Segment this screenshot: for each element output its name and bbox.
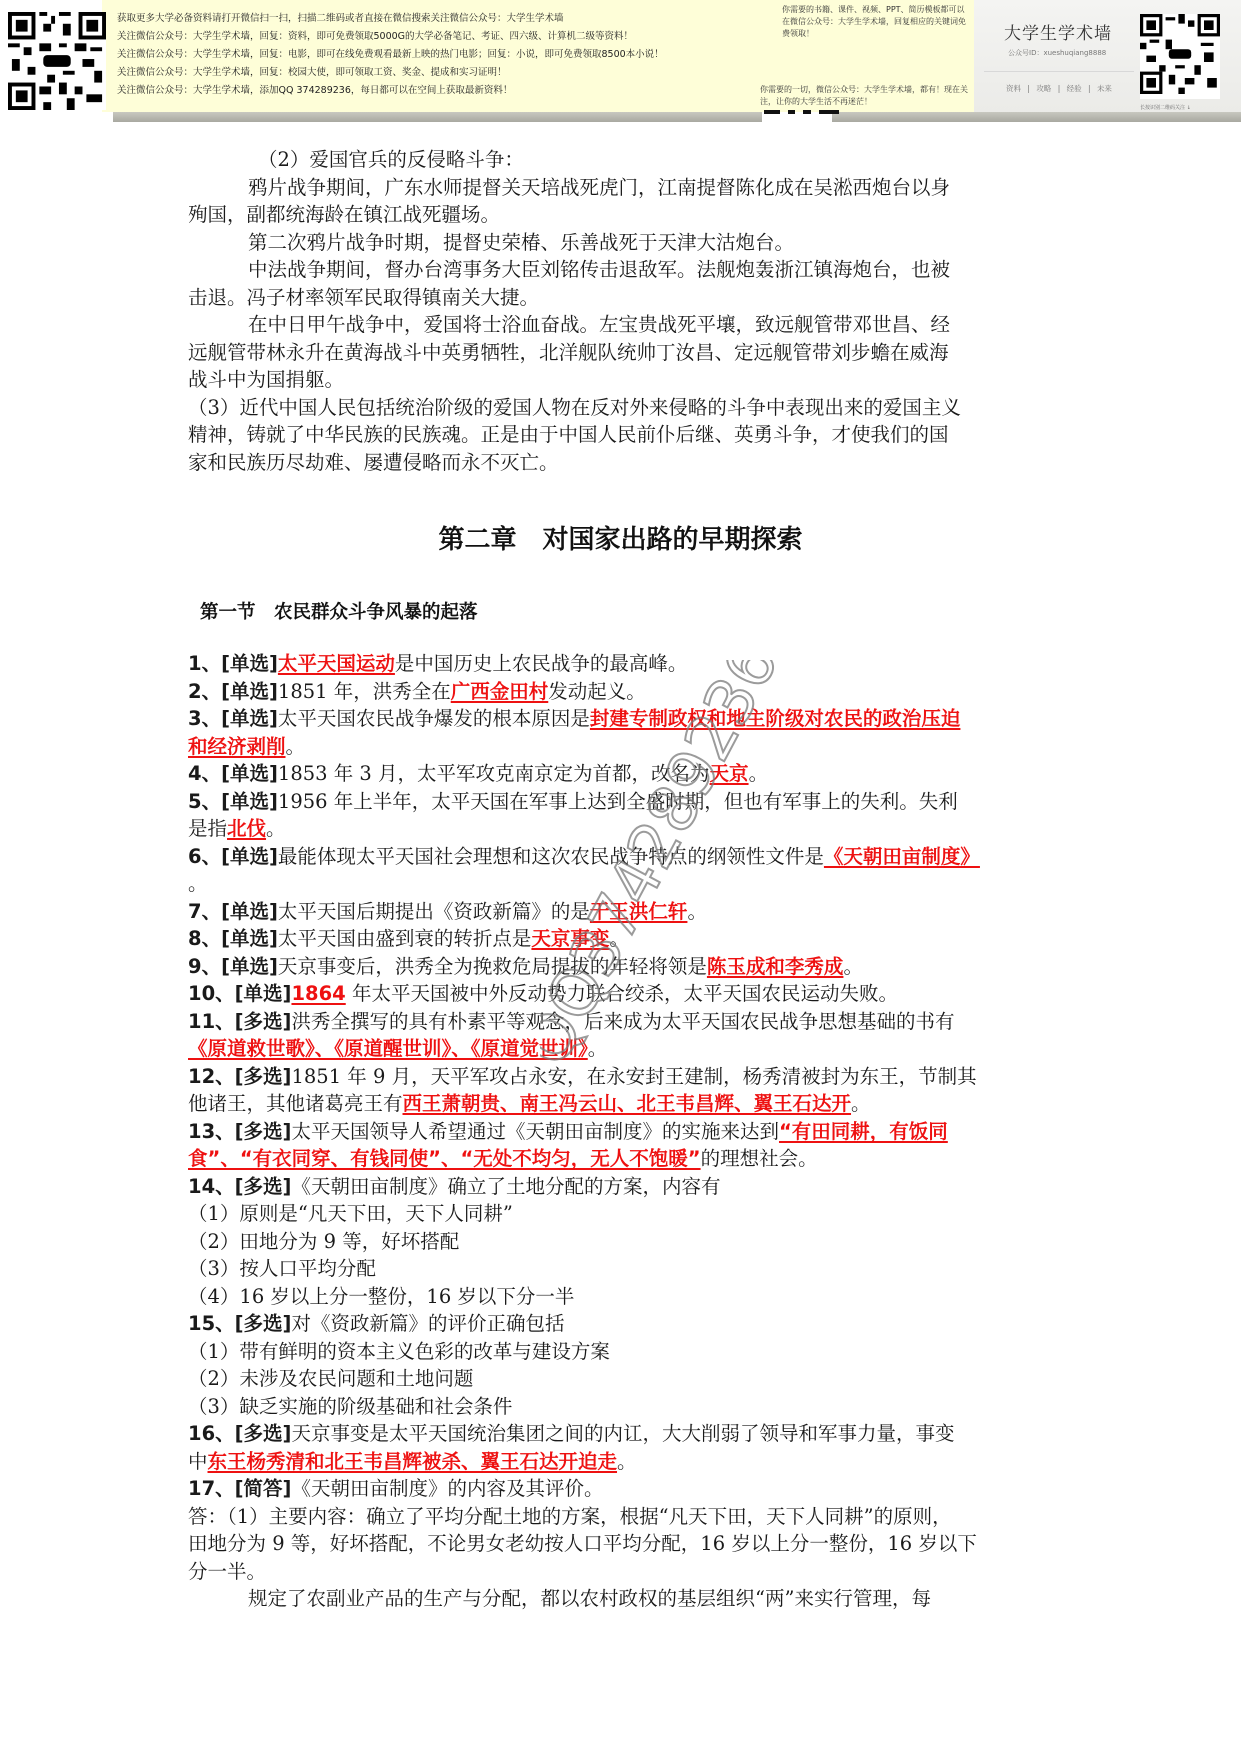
paragraph: 在中日甲午战争中，爱国将士浴血奋战。左宝贵战死平壤，致远舰管带邓世昌、经 bbox=[188, 311, 1068, 339]
question-text: 发动起义。 bbox=[548, 680, 646, 703]
question-continuation: 。 bbox=[188, 870, 1088, 898]
question-number: 16、 bbox=[188, 1422, 235, 1445]
qr-code-icon bbox=[1140, 14, 1220, 99]
question-item: 13、[多选]太平天国领导人希望通过《天朝田亩制度》的实施来达到“有田同耕，有饭… bbox=[188, 1118, 1088, 1146]
question-number: 4、 bbox=[188, 762, 221, 785]
banner-tab-marks bbox=[764, 110, 854, 115]
question-text: 。 bbox=[588, 1037, 608, 1060]
banner-bottom-bar bbox=[113, 112, 1241, 122]
question-type: [单选] bbox=[221, 927, 278, 950]
option-item: （1）原则是“凡天下田，天下人同耕” bbox=[188, 1200, 1088, 1228]
question-text: 最能体现太平天国社会理想和这次农民战争特点的纲领性文件是 bbox=[278, 845, 824, 868]
paragraph: 殉国，副都统海龄在镇江战死疆场。 bbox=[188, 201, 1068, 229]
question-text: 对《资政新篇》的评价正确包括 bbox=[291, 1312, 564, 1335]
question-text: 。 bbox=[687, 900, 707, 923]
answer-highlight: 《天朝田亩制度》 bbox=[824, 845, 980, 868]
question-item: 3、[单选]太平天国农民战争爆发的根本原因是封建专制政权和地主阶级对农民的政治压… bbox=[188, 705, 1088, 733]
answer-highlight: 天京 bbox=[710, 762, 749, 785]
question-continuation: 是指北伐。 bbox=[188, 815, 1088, 843]
banner-note-top: 你需要的书籍、课件、视频、PPT、简历模板都可以在微信公众号：大学生学术墙，回复… bbox=[782, 4, 972, 40]
option-item: （1）带有鲜明的资本主义色彩的改革与建设方案 bbox=[188, 1338, 1088, 1366]
option-item: （3）按人口平均分配 bbox=[188, 1255, 1088, 1283]
answer-highlight: 《原道救世歌》、《原道醒世训》、《原道觉世训》 bbox=[188, 1037, 588, 1060]
question-item: 17、[简答]《天朝田亩制度》的内容及其评价。 bbox=[188, 1475, 1088, 1503]
paragraph: 第二次鸦片战争时期，提督史荣椿、乐善战死于天津大沽炮台。 bbox=[188, 229, 1068, 257]
question-continuation: 食”、“有衣同穿、有钱同使”、“无处不均匀，无人不饱暖”的理想社会。 bbox=[188, 1145, 1088, 1173]
answer-highlight: 太平天国运动 bbox=[278, 652, 395, 675]
question-text: 。 bbox=[843, 955, 863, 978]
question-text: 。 bbox=[617, 1450, 637, 1473]
card-link-materials[interactable]: 资料 bbox=[1006, 84, 1021, 93]
answer-text: 规定了农副业产品的生产与分配，都以农村政权的基层组织“两”来实行管理，每 bbox=[188, 1585, 1088, 1613]
question-number: 8、 bbox=[188, 927, 221, 950]
question-text: 洪秀全撰写的具有朴素平等观念，后来成为太平天国农民战争思想基础的书有 bbox=[291, 1010, 954, 1033]
question-text: 太平天国后期提出《资政新篇》的是 bbox=[278, 900, 590, 923]
banner-line: 关注微信公众号：大学生学术墙，回复：电影，即可在线免费观看最新上映的热门电影；回… bbox=[117, 46, 757, 64]
question-type: [单选] bbox=[221, 900, 278, 923]
question-text: 。 bbox=[266, 817, 286, 840]
question-item: 5、[单选]1956 年上半年，太平天国在军事上达到全盛时期，但也有军事上的失利… bbox=[188, 788, 1088, 816]
separator: | bbox=[1058, 84, 1061, 93]
question-type: [单选] bbox=[221, 845, 278, 868]
banner-line: 关注微信公众号：大学生学术墙，回复：校园大使，即可领取工资、奖金、提成和实习证明… bbox=[117, 64, 757, 82]
question-text: 1851 年，洪秀全在 bbox=[278, 680, 451, 703]
question-type: [单选] bbox=[235, 982, 292, 1005]
question-item: 7、[单选]太平天国后期提出《资政新篇》的是干王洪仁轩。 bbox=[188, 898, 1088, 926]
question-number: 10、 bbox=[188, 982, 235, 1005]
question-item: 2、[单选]1851 年，洪秀全在广西金田村发动起义。 bbox=[188, 678, 1088, 706]
question-text: 太平天国由盛到衰的转折点是 bbox=[278, 927, 532, 950]
question-text: 《天朝田亩制度》确立了土地分配的方案，内容有 bbox=[291, 1175, 720, 1198]
question-continuation: 他诸王，其他诸葛亮王有西王萧朝贵、南王冯云山、北王韦昌辉、翼王石达开。 bbox=[188, 1090, 1088, 1118]
question-type: [多选] bbox=[235, 1312, 292, 1335]
paragraph: 远舰管带林永升在黄海战斗中英勇牺牲，北洋舰队统帅丁汝昌、定远舰管带刘步蟾在威海 bbox=[188, 339, 1068, 367]
option-item: （2）田地分为 9 等，好坏搭配 bbox=[188, 1228, 1088, 1256]
chapter-title: 第二章 对国家出路的早期探索 bbox=[0, 519, 1241, 556]
qr-caption: 长按识别二维码关注 ↓ bbox=[1140, 104, 1191, 111]
answer-highlight: 北伐 bbox=[227, 817, 266, 840]
separator: | bbox=[1027, 84, 1030, 93]
question-type: [多选] bbox=[235, 1010, 292, 1033]
question-text: 。 bbox=[851, 1092, 871, 1115]
answer-highlight: 西王萧朝贵、南王冯云山、北王韦昌辉、翼王石达开 bbox=[403, 1092, 852, 1115]
question-number: 2、 bbox=[188, 680, 221, 703]
paragraph: 鸦片战争期间，广东水师提督关天培战死虎门，江南提督陈化成在吴淞西炮台以身 bbox=[188, 174, 1068, 202]
question-type: [单选] bbox=[221, 707, 278, 730]
card-links: 资料 | 攻略 | 经验 | 未来 bbox=[1006, 83, 1116, 94]
question-text: 1956 年上半年，太平天国在军事上达到全盛时期，但也有军事上的失利。失利 bbox=[278, 790, 958, 813]
banner-line: 获取更多大学必备资料请打开微信扫一扫，扫描二维码或者直接在微信搜索关注微信公众号… bbox=[117, 10, 757, 28]
account-title: 大学生学术墙 bbox=[1004, 19, 1112, 44]
card-link-experience[interactable]: 经验 bbox=[1067, 84, 1082, 93]
intro-section: （2）爱国官兵的反侵略斗争： 鸦片战争期间，广东水师提督关天培战死虎门，江南提督… bbox=[188, 146, 1068, 476]
question-item: 11、[多选]洪秀全撰写的具有朴素平等观念，后来成为太平天国农民战争思想基础的书… bbox=[188, 1008, 1088, 1036]
paragraph: 击退。冯子材率领军民取得镇南关大捷。 bbox=[188, 284, 1068, 312]
question-type: [多选] bbox=[235, 1422, 292, 1445]
question-text: 太平天国农民战争爆发的根本原因是 bbox=[278, 707, 590, 730]
question-text: 1853 年 3 月，太平军攻克南京定为首都，改名为 bbox=[278, 762, 710, 785]
question-text: 天京事变是太平天国统治集团之间的内讧，大大削弱了领导和军事力量，事变 bbox=[291, 1422, 954, 1445]
question-text: 。 bbox=[188, 872, 208, 895]
question-continuation: 《原道救世歌》、《原道醒世训》、《原道觉世训》。 bbox=[188, 1035, 1088, 1063]
answer-text: 田地分为 9 等，好坏搭配，不论男女老幼按人口平均分配，16 岁以上分一整份，1… bbox=[188, 1530, 1088, 1558]
paragraph: （2）爱国官兵的反侵略斗争： bbox=[188, 146, 1068, 174]
question-text: 。 bbox=[286, 735, 306, 758]
question-number: 17、 bbox=[188, 1477, 235, 1500]
answer-highlight: 干王洪仁轩 bbox=[590, 900, 688, 923]
question-number: 12、 bbox=[188, 1065, 235, 1088]
paragraph: 精神，铸就了中华民族的民族魂。正是由于中国人民前仆后继、英勇斗争，才使我们的国 bbox=[188, 421, 1068, 449]
question-list: 1、[单选]太平天国运动是中国历史上农民战争的最高峰。 2、[单选]1851 年… bbox=[188, 650, 1088, 1613]
card-divider bbox=[984, 71, 1134, 72]
question-text: 他诸王，其他诸葛亮王有 bbox=[188, 1092, 403, 1115]
card-link-future[interactable]: 未来 bbox=[1097, 84, 1112, 93]
paragraph: 家和民族历尽劫难、屡遭侵略而永不灭亡。 bbox=[188, 449, 1068, 477]
answer-highlight: “有田同耕，有饭同 bbox=[779, 1120, 948, 1143]
option-item: （3）缺乏实施的阶级基础和社会条件 bbox=[188, 1393, 1088, 1421]
qr-code-icon bbox=[8, 12, 106, 110]
banner-line: 关注微信公众号：大学生学术墙，添加QQ 374289236，每日都可以在空间上获… bbox=[117, 82, 757, 100]
question-number: 9、 bbox=[188, 955, 221, 978]
answer-highlight: 东王杨秀清和北王韦昌辉被杀、翼王石达开迫走 bbox=[208, 1450, 618, 1473]
question-number: 7、 bbox=[188, 900, 221, 923]
question-type: [单选] bbox=[221, 955, 278, 978]
answer-text: 分一半。 bbox=[188, 1558, 1088, 1586]
question-number: 3、 bbox=[188, 707, 221, 730]
banner-note-bottom: 你需要的一切，微信公众号：大学生学术墙，都有！现在关注，让你的大学生活不再迷茫！ bbox=[760, 84, 982, 108]
separator: | bbox=[1088, 84, 1091, 93]
paragraph: 中法战争期间，督办台湾事务大臣刘铭传击退敌军。法舰炮轰浙江镇海炮台，也被 bbox=[188, 256, 1068, 284]
banner-promo-text: 获取更多大学必备资料请打开微信扫一扫，扫描二维码或者直接在微信搜索关注微信公众号… bbox=[117, 10, 757, 100]
question-text: 年太平天国被中外反动势力联合绞杀，太平天国农民运动失败。 bbox=[346, 982, 898, 1005]
question-text: 是中国历史上农民战争的最高峰。 bbox=[395, 652, 688, 675]
question-text: 中 bbox=[188, 1450, 208, 1473]
answer-highlight: 广西金田村 bbox=[451, 680, 549, 703]
question-text: 的理想社会。 bbox=[701, 1147, 818, 1170]
card-link-guides[interactable]: 攻略 bbox=[1036, 84, 1051, 93]
question-item: 6、[单选]最能体现太平天国社会理想和这次农民战争特点的纲领性文件是《天朝田亩制… bbox=[188, 843, 1088, 871]
question-type: [简答] bbox=[235, 1477, 292, 1500]
question-number: 11、 bbox=[188, 1010, 235, 1033]
question-item: 4、[单选]1853 年 3 月，太平军攻克南京定为首都，改名为天京。 bbox=[188, 760, 1088, 788]
question-number: 5、 bbox=[188, 790, 221, 813]
answer-highlight: 食”、“有衣同穿、有钱同使”、“无处不均匀，无人不饱暖” bbox=[188, 1147, 701, 1170]
question-number: 14、 bbox=[188, 1175, 235, 1198]
answer-highlight: 天京事变 bbox=[531, 927, 609, 950]
question-item: 10、[单选]1864 年太平天国被中外反动势力联合绞杀，太平天国农民运动失败。 bbox=[188, 980, 1088, 1008]
question-text: 太平天国领导人希望通过《天朝田亩制度》的实施来达到 bbox=[291, 1120, 779, 1143]
answer-highlight: 和经济剥削 bbox=[188, 735, 286, 758]
question-text: 《天朝田亩制度》的内容及其评价。 bbox=[291, 1477, 603, 1500]
option-item: （2）未涉及农民问题和土地问题 bbox=[188, 1365, 1088, 1393]
promo-banner: 获取更多大学必备资料请打开微信扫一扫，扫描二维码或者直接在微信搜索关注微信公众号… bbox=[0, 0, 1241, 122]
question-type: [单选] bbox=[221, 680, 278, 703]
question-text: 。 bbox=[609, 927, 629, 950]
question-type: [多选] bbox=[235, 1065, 292, 1088]
question-text: 1851 年 9 月，天平军攻占永安，在永安封王建制，杨秀清被封为东王，节制其 bbox=[291, 1065, 976, 1088]
question-item: 8、[单选]太平天国由盛到衰的转折点是天京事变。 bbox=[188, 925, 1088, 953]
question-continuation: 中东王杨秀清和北王韦昌辉被杀、翼王石达开迫走。 bbox=[188, 1448, 1088, 1476]
question-item: 14、[多选]《天朝田亩制度》确立了土地分配的方案，内容有 bbox=[188, 1173, 1088, 1201]
paragraph: 战斗中为国捐躯。 bbox=[188, 366, 1068, 394]
question-item: 16、[多选]天京事变是太平天国统治集团之间的内讧，大大削弱了领导和军事力量，事… bbox=[188, 1420, 1088, 1448]
question-type: [多选] bbox=[235, 1175, 292, 1198]
account-id: 公众号ID：xueshuqiang8888 bbox=[1008, 48, 1106, 58]
question-text: 天京事变后，洪秀全为挽救危局提拔的年轻将领是 bbox=[278, 955, 707, 978]
answer-highlight: 封建专制政权和地主阶级对农民的政治压迫 bbox=[590, 707, 961, 730]
question-item: 12、[多选]1851 年 9 月，天平军攻占永安，在永安封王建制，杨秀清被封为… bbox=[188, 1063, 1088, 1091]
question-type: [单选] bbox=[221, 652, 278, 675]
answer-text: 答：（1）主要内容：确立了平均分配土地的方案，根据“凡天下田，天下人同耕”的原则… bbox=[188, 1503, 1088, 1531]
question-number: 1、 bbox=[188, 652, 221, 675]
question-number: 15、 bbox=[188, 1312, 235, 1335]
question-type: [单选] bbox=[221, 790, 278, 813]
answer-highlight: 1864 bbox=[291, 982, 345, 1005]
question-item: 15、[多选]对《资政新篇》的评价正确包括 bbox=[188, 1310, 1088, 1338]
question-number: 6、 bbox=[188, 845, 221, 868]
paragraph: （3）近代中国人民包括统治阶级的爱国人物在反对外来侵略的斗争中表现出来的爱国主义 bbox=[188, 394, 1068, 422]
section-title: 第一节 农民群众斗争风暴的起落 bbox=[200, 598, 478, 624]
question-type: [多选] bbox=[235, 1120, 292, 1143]
question-continuation: 和经济剥削。 bbox=[188, 733, 1088, 761]
question-item: 9、[单选]天京事变后，洪秀全为挽救危局提拔的年轻将领是陈玉成和李秀成。 bbox=[188, 953, 1088, 981]
option-item: （4）16 岁以上分一整份，16 岁以下分一半 bbox=[188, 1283, 1088, 1311]
answer-highlight: 陈玉成和李秀成 bbox=[707, 955, 844, 978]
question-number: 13、 bbox=[188, 1120, 235, 1143]
question-text: 是指 bbox=[188, 817, 227, 840]
question-text: 。 bbox=[749, 762, 769, 785]
question-item: 1、[单选]太平天国运动是中国历史上农民战争的最高峰。 bbox=[188, 650, 1088, 678]
question-type: [单选] bbox=[221, 762, 278, 785]
banner-line: 关注微信公众号：大学生学术墙，回复：资料，即可免费领取5000G的大学必备笔记、… bbox=[117, 28, 757, 46]
